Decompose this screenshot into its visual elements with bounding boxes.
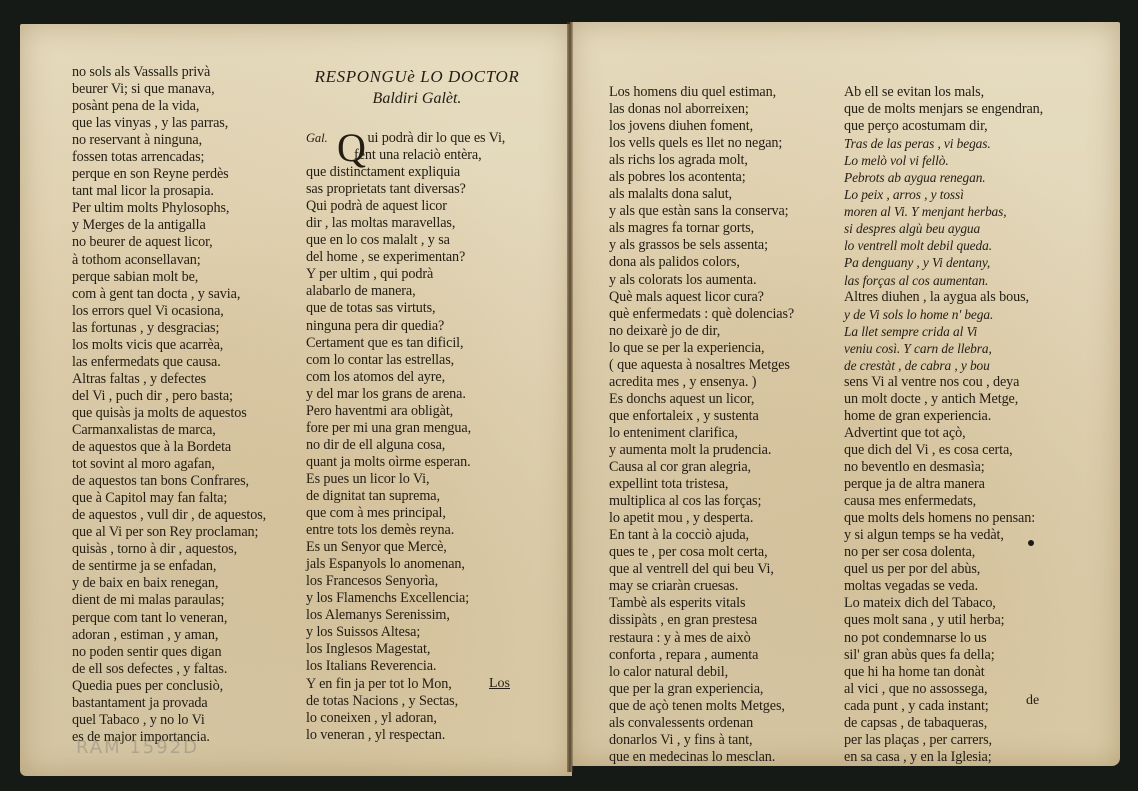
text-line: Es pues un licor lo Vi,	[306, 471, 505, 488]
text-line: à tothom aconsellavan;	[72, 252, 266, 269]
catchword-left: Los	[489, 676, 510, 692]
text-line: als convalessents ordenan	[609, 715, 794, 732]
text-line: Ab ell se evitan los mals,	[844, 84, 1043, 101]
right-page-column-1: Los homens diu quel estiman,las donas no…	[609, 84, 794, 766]
text-line: com los atomos del ayre,	[306, 369, 505, 386]
text-line: home de gran experiencia.	[844, 408, 1043, 425]
text-line: Es un Senyor que Mercè,	[306, 539, 505, 556]
text-line: què enfermedats : què dolencias?	[609, 306, 794, 323]
text-line: y als grassos be sels assenta;	[609, 237, 794, 254]
text-line: que perço acostumam dir,	[844, 118, 1043, 135]
text-line: fossen totas arrencadas;	[72, 149, 266, 166]
text-line: las forças al cos aumentan.	[844, 272, 1043, 289]
text-line: alabarlo de manera,	[306, 283, 505, 300]
text-line: tant mal licor la prosapia.	[72, 183, 266, 200]
text-line: los molts vicis que acarrèa,	[72, 337, 266, 354]
text-line: no pot condemnarse lo us	[844, 630, 1043, 647]
text-line: Tras de las peras , vi begas.	[844, 135, 1043, 152]
text-line: los Alemanys Serenissim,	[306, 607, 505, 624]
text-line: perque sabian molt be,	[72, 269, 266, 286]
text-line: un molt docte , y antich Metge,	[844, 391, 1043, 408]
text-line: y als colorats los aumenta.	[609, 272, 794, 289]
text-line: veniu così. Y carn de llebra,	[844, 340, 1043, 357]
text-line: que al ventrell del qui beu Vi,	[609, 561, 794, 578]
text-line: y del mar los grans de arena.	[306, 386, 505, 403]
text-line: acredita mes , y ensenya. )	[609, 374, 794, 391]
text-line: los Francesos Senyorìa,	[306, 573, 505, 590]
text-line: Altras faltas , y defectes	[72, 371, 266, 388]
text-line: si despres algù beu aygua	[844, 220, 1043, 237]
ink-blot	[1028, 540, 1034, 546]
text-line: de aquestos tan bons Confrares,	[72, 473, 266, 490]
text-line: ques te , per cosa molt certa,	[609, 544, 794, 561]
text-line: donarlos Vi , y fins à tant,	[609, 732, 794, 749]
text-line: quisàs , torno à dir , aquestos,	[72, 541, 266, 558]
text-line: beurer Vi; si que manava,	[72, 81, 266, 98]
text-line: perque ja de altra manera	[844, 476, 1043, 493]
text-line: dir , las moltas maravellas,	[306, 215, 505, 232]
text-line: expellint tota tristesa,	[609, 476, 794, 493]
text-line: de crestàt , de cabra , y bou	[844, 357, 1043, 374]
text-line: al vici , que no assossega,	[844, 681, 1043, 698]
text-line: quel Tabaco , y no lo Vi	[72, 712, 266, 729]
text-line: ( que aquesta à nosaltres Metges	[609, 357, 794, 374]
text-line: als pobres los acontenta;	[609, 169, 794, 186]
text-line: com à gent tan docta , y savia,	[72, 286, 266, 303]
text-line: que à Capitol may fan falta;	[72, 490, 266, 507]
book-gutter	[567, 22, 573, 772]
heading-subtitle: Baldiri Galèt.	[306, 88, 528, 109]
text-line: Pebrots ab aygua renegan.	[844, 169, 1043, 186]
text-line: que al Vi per son Rey proclaman;	[72, 524, 266, 541]
text-line: ques molt sana , y util herba;	[844, 612, 1043, 629]
text-line: sas proprietats tant diversas?	[306, 181, 505, 198]
text-line: Lo peix , arros , y tossì	[844, 186, 1043, 203]
text-line: conforta , repara , aumenta	[609, 647, 794, 664]
text-line: Los homens diu quel estiman,	[609, 84, 794, 101]
text-line: Certament que es tan dificil,	[306, 335, 505, 352]
text-line: y de baix en baix renegan,	[72, 575, 266, 592]
text-line: los errors quel Vi ocasiona,	[72, 303, 266, 320]
text-line: Lo melò vol vi fellò.	[844, 152, 1043, 169]
text-line: no sols als Vassalls privà	[72, 64, 266, 81]
text-line: La llet sempre crida al Vi	[844, 323, 1043, 340]
text-line: bastantament ja provada	[72, 695, 266, 712]
library-stamp: RAM 1592D	[76, 737, 199, 758]
text-line: Tambè als esperits vitals	[609, 595, 794, 612]
text-line: quel us per por del abùs,	[844, 561, 1043, 578]
text-line: que de molts menjars se engendran,	[844, 101, 1043, 118]
text-line: Y per ultim , qui podrà	[306, 266, 505, 283]
text-line: lo apetit mou , y desperta.	[609, 510, 794, 527]
text-line: fore per mi una gran mengua,	[306, 420, 505, 437]
text-line: que distinctament expliquia	[306, 164, 505, 181]
section-heading: RESPONGUè LO DOCTOR Baldiri Galèt.	[306, 66, 528, 109]
text-line: Pa denguany , y Vi dentany,	[844, 254, 1043, 271]
text-line: Advertint que tot açò,	[844, 425, 1043, 442]
text-line: dient de mi malas paraulas;	[72, 592, 266, 609]
text-line: y als que estàn sans la conserva;	[609, 203, 794, 220]
text-line: de capsas , de tabaqueras,	[844, 715, 1043, 732]
text-line: Y en fin ja per tot lo Mon,	[306, 676, 505, 693]
text-line: los Inglesos Magestat,	[306, 641, 505, 658]
text-line: no reservant à ninguna,	[72, 132, 266, 149]
text-line: lo enteniment clarifica,	[609, 425, 794, 442]
text-line: las enfermedats que causa.	[72, 354, 266, 371]
text-line: que de totas sas virtuts,	[306, 300, 505, 317]
text-line: del home , se experimentan?	[306, 249, 505, 266]
text-line: Pero haventmi ara obligàt,	[306, 403, 505, 420]
text-line: de sentirme ja se enfadan,	[72, 558, 266, 575]
text-line: no dir de ell alguna cosa,	[306, 437, 505, 454]
text-line: que com à mes principal,	[306, 505, 505, 522]
second-line: fent una relaciò entèra,	[306, 147, 505, 164]
heading-title: RESPONGUè LO DOCTOR	[306, 66, 528, 88]
text-line: que hi ha home tan donàt	[844, 664, 1043, 681]
text-line: Què mals aquest licor cura?	[609, 289, 794, 306]
text-line: que de açò tenen molts Metges,	[609, 698, 794, 715]
text-line: las donas nol aborreixen;	[609, 101, 794, 118]
text-line: los Italians Reverencia.	[306, 658, 505, 675]
text-line: quant ja molts oìrme esperan.	[306, 454, 505, 471]
text-line: no per ser cosa dolenta,	[844, 544, 1043, 561]
text-line: dona als palidos colors,	[609, 254, 794, 271]
text-line: los vells quels es llet no negan;	[609, 135, 794, 152]
first-line: ui podrà dir lo que es Vi,	[367, 130, 505, 146]
text-line: no beurer de aquest licor,	[72, 234, 266, 251]
text-line: Carmanxalistas de marca,	[72, 422, 266, 439]
text-line: los jovens diuhen foment,	[609, 118, 794, 135]
text-line: no deixarè jo de dir,	[609, 323, 794, 340]
text-line: que en lo cos malalt , y sa	[306, 232, 505, 249]
text-line: lo ventrell molt debil queda.	[844, 237, 1043, 254]
text-line: sens Vi al ventre nos cou , deya	[844, 374, 1043, 391]
text-line: de aquestos , vull dir , de aquestos,	[72, 507, 266, 524]
text-line: moltas vegadas se veda.	[844, 578, 1043, 595]
text-line: lo coneixen , yl adoran,	[306, 710, 505, 727]
text-line: lo calor natural debil,	[609, 664, 794, 681]
speaker-label: Gal.	[306, 131, 327, 145]
text-line: En tant à la cocciò ajuda,	[609, 527, 794, 544]
text-line: no poden sentir ques digan	[72, 644, 266, 661]
text-line: que per la gran experiencia,	[609, 681, 794, 698]
text-line: de dignitat tan suprema,	[306, 488, 505, 505]
text-line: en sa casa , y en la Iglesia;	[844, 749, 1043, 766]
text-line: com lo contar las estrellas,	[306, 352, 505, 369]
text-line: tot sovint al moro agafan,	[72, 456, 266, 473]
text-line: causa mes enfermedats,	[844, 493, 1043, 510]
text-line: als malalts dona salut,	[609, 186, 794, 203]
text-line: per las plaças , per carrers,	[844, 732, 1043, 749]
text-line: Quedia pues per conclusiò,	[72, 678, 266, 695]
text-line: que las vinyas , y las parras,	[72, 115, 266, 132]
text-line: y los Suissos Altesa;	[306, 624, 505, 641]
text-line: perque en son Reyne perdès	[72, 166, 266, 183]
left-page-column-2: Gal.ui podrà dir lo que es Vi, fent una …	[306, 130, 505, 744]
text-line: que molts dels homens no pensan:	[844, 510, 1043, 527]
right-page-column-2: Ab ell se evitan los mals,que de molts m…	[844, 84, 1043, 766]
text-line: de totas Nacions , y Sectas,	[306, 693, 505, 710]
text-line: y Merges de la antigalla	[72, 217, 266, 234]
text-line: Per ultim molts Phylosophs,	[72, 200, 266, 217]
text-line: lo que se per la experiencia,	[609, 340, 794, 357]
text-line: multiplica al cos las forças;	[609, 493, 794, 510]
text-line: lo veneran , yl respectan.	[306, 727, 505, 744]
text-line: que quisàs ja molts de aquestos	[72, 405, 266, 422]
text-line: las fortunas , y desgracias;	[72, 320, 266, 337]
text-line: Qui podrà de aquest licor	[306, 198, 505, 215]
text-line: que dich del Vi , es cosa certa,	[844, 442, 1043, 459]
catchword-right: de	[1026, 693, 1039, 709]
text-line: may se criaràn cruesas.	[609, 578, 794, 595]
text-line: que enfortaleix , y sustenta	[609, 408, 794, 425]
text-line: que en medecinas lo mesclan.	[609, 749, 794, 766]
text-line: sil' gran abùs ques fa della;	[844, 647, 1043, 664]
text-line: ninguna pera dir quedia?	[306, 318, 505, 335]
text-line: cada punt , y cada instant;	[844, 698, 1043, 715]
text-line: jals Espanyols lo anomenan,	[306, 556, 505, 573]
text-line: y de Vi sols lo home n' bega.	[844, 306, 1043, 323]
text-line: Es donchs aquest un licor,	[609, 391, 794, 408]
text-line: posànt pena de la vida,	[72, 98, 266, 115]
text-line: moren al Vi. Y menjant herbas,	[844, 203, 1043, 220]
text-line: de ell sos defectes , y faltas.	[72, 661, 266, 678]
text-line: perque com tant lo veneran,	[72, 610, 266, 627]
text-line: als magres fa tornar gorts,	[609, 220, 794, 237]
text-line: Altres diuhen , la aygua als bous,	[844, 289, 1043, 306]
text-line: Lo mateix dich del Tabaco,	[844, 595, 1043, 612]
text-line: restaura : y à mes de això	[609, 630, 794, 647]
text-line: del Vi , puch dir , pero basta;	[72, 388, 266, 405]
text-line: dissipàts , en gran prestesa	[609, 612, 794, 629]
left-page-column-1: no sols als Vassalls privàbeurer Vi; si …	[72, 64, 266, 746]
text-line: als richs los agrada molt,	[609, 152, 794, 169]
text-line: no beventlo en desmasìa;	[844, 459, 1043, 476]
text-line: y los Flamenchs Excellencia;	[306, 590, 505, 607]
text-line: y aumenta molt la prudencia.	[609, 442, 794, 459]
text-line: entre tots los demès reyna.	[306, 522, 505, 539]
text-line: y si algun temps se ha vedàt,	[844, 527, 1043, 544]
text-line: Causa al cor gran alegria,	[609, 459, 794, 476]
text-line: de aquestos que à la Bordeta	[72, 439, 266, 456]
text-line: adoran , estiman , y aman,	[72, 627, 266, 644]
drop-cap: Q	[337, 128, 366, 168]
